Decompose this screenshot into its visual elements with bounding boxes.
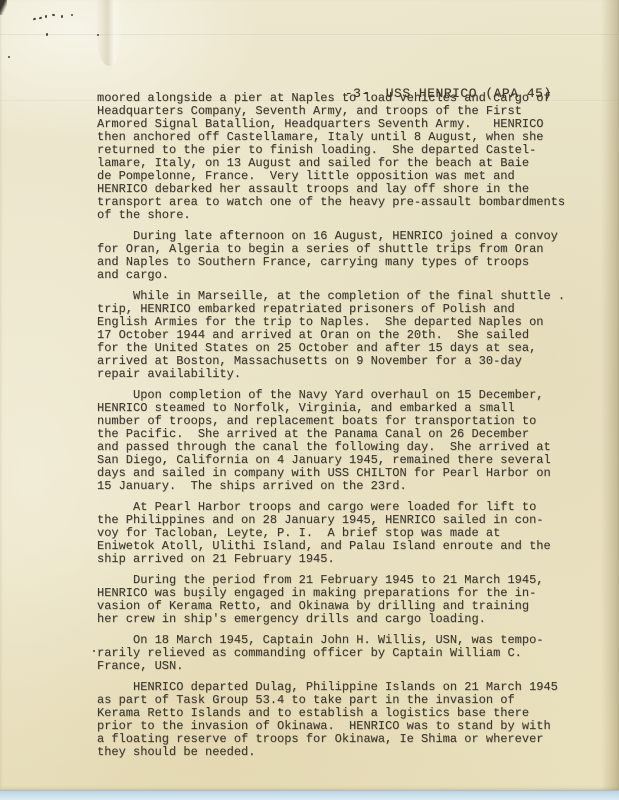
pencil-speck xyxy=(61,15,63,18)
paragraph-3: While in Marseille, at the completion of… xyxy=(97,290,587,381)
pencil-speck xyxy=(97,34,99,36)
scanner-background xyxy=(0,790,619,800)
paragraph-2: During late afternoon on 16 August, HENR… xyxy=(97,230,587,282)
pencil-speck xyxy=(46,33,48,36)
paper-sheet: -3-USS HENRICO (APA 45) moored alongside… xyxy=(0,0,619,791)
paper-crease xyxy=(0,34,619,36)
paragraph-5: At Pearl Harbor troops and cargo were lo… xyxy=(97,501,587,566)
document-body: moored alongside a pier at Naples to loa… xyxy=(97,92,587,767)
paragraph-7: On 18 March 1945, Captain John H. Willis… xyxy=(97,634,587,673)
scanned-document: -3-USS HENRICO (APA 45) moored alongside… xyxy=(0,0,619,800)
corner-tear-mark xyxy=(0,0,7,15)
paragraph-1: moored alongside a pier at Naples to loa… xyxy=(97,92,587,222)
pencil-speck xyxy=(33,17,37,20)
pencil-speck xyxy=(39,17,43,20)
paragraph-6: During the period from 21 February 1945 … xyxy=(97,574,587,626)
paragraph-8: HENRICO departed Dulag, Philippine Islan… xyxy=(97,681,587,759)
pencil-speck xyxy=(52,14,55,17)
pencil-speck xyxy=(71,14,73,16)
paper-fold-shadow xyxy=(96,0,122,66)
pencil-speck xyxy=(8,56,10,58)
paragraph-4: Upon completion of the Navy Yard overhau… xyxy=(97,389,587,493)
pencil-speck xyxy=(45,15,47,18)
ink-speck xyxy=(93,650,95,652)
page-edge xyxy=(601,0,619,791)
